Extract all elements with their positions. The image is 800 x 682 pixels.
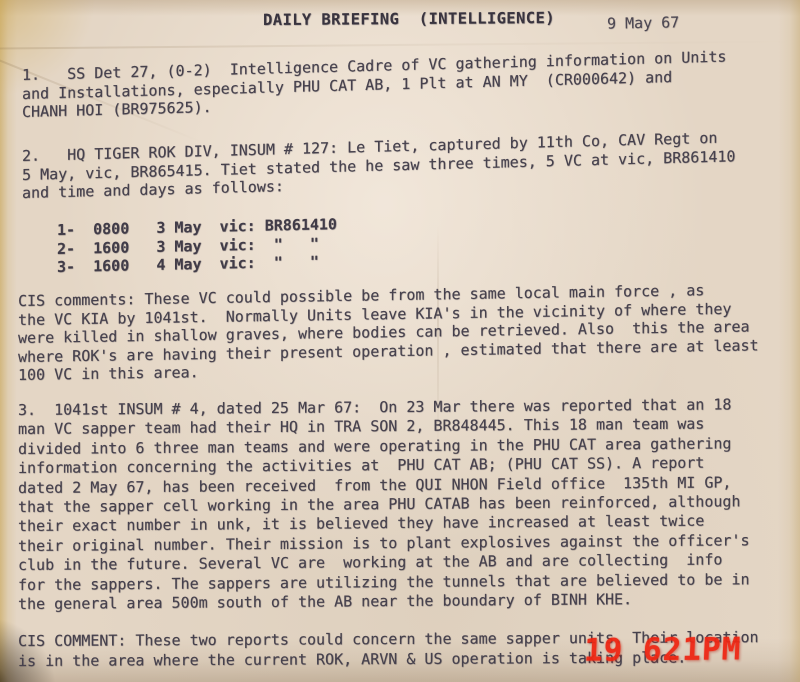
cis-comments-paragraph: CIS comments: These VC could possible be… [18, 280, 759, 385]
timestamp-stamp: 19 621PM [583, 631, 742, 668]
paragraph-1: 1. SS Det 27, (0-2) Intelligence Cadre o… [22, 48, 726, 122]
sighting-list: 1- 0800 3 May vic: BR861410 2- 1600 3 Ma… [57, 215, 337, 277]
document-page: DAILY BRIEFING (INTELLIGENCE) 9 May 67 1… [0, 0, 800, 682]
document-date: 9 May 67 [607, 12, 680, 33]
document-title: DAILY BRIEFING (INTELLIGENCE) [263, 8, 555, 30]
paragraph-3: 3. 1041st INSUM # 4, dated 25 Mar 67: On… [18, 395, 750, 614]
paragraph-2: 2. HQ TIGER ROK DIV, INSUM # 127: Le Tie… [22, 128, 735, 202]
